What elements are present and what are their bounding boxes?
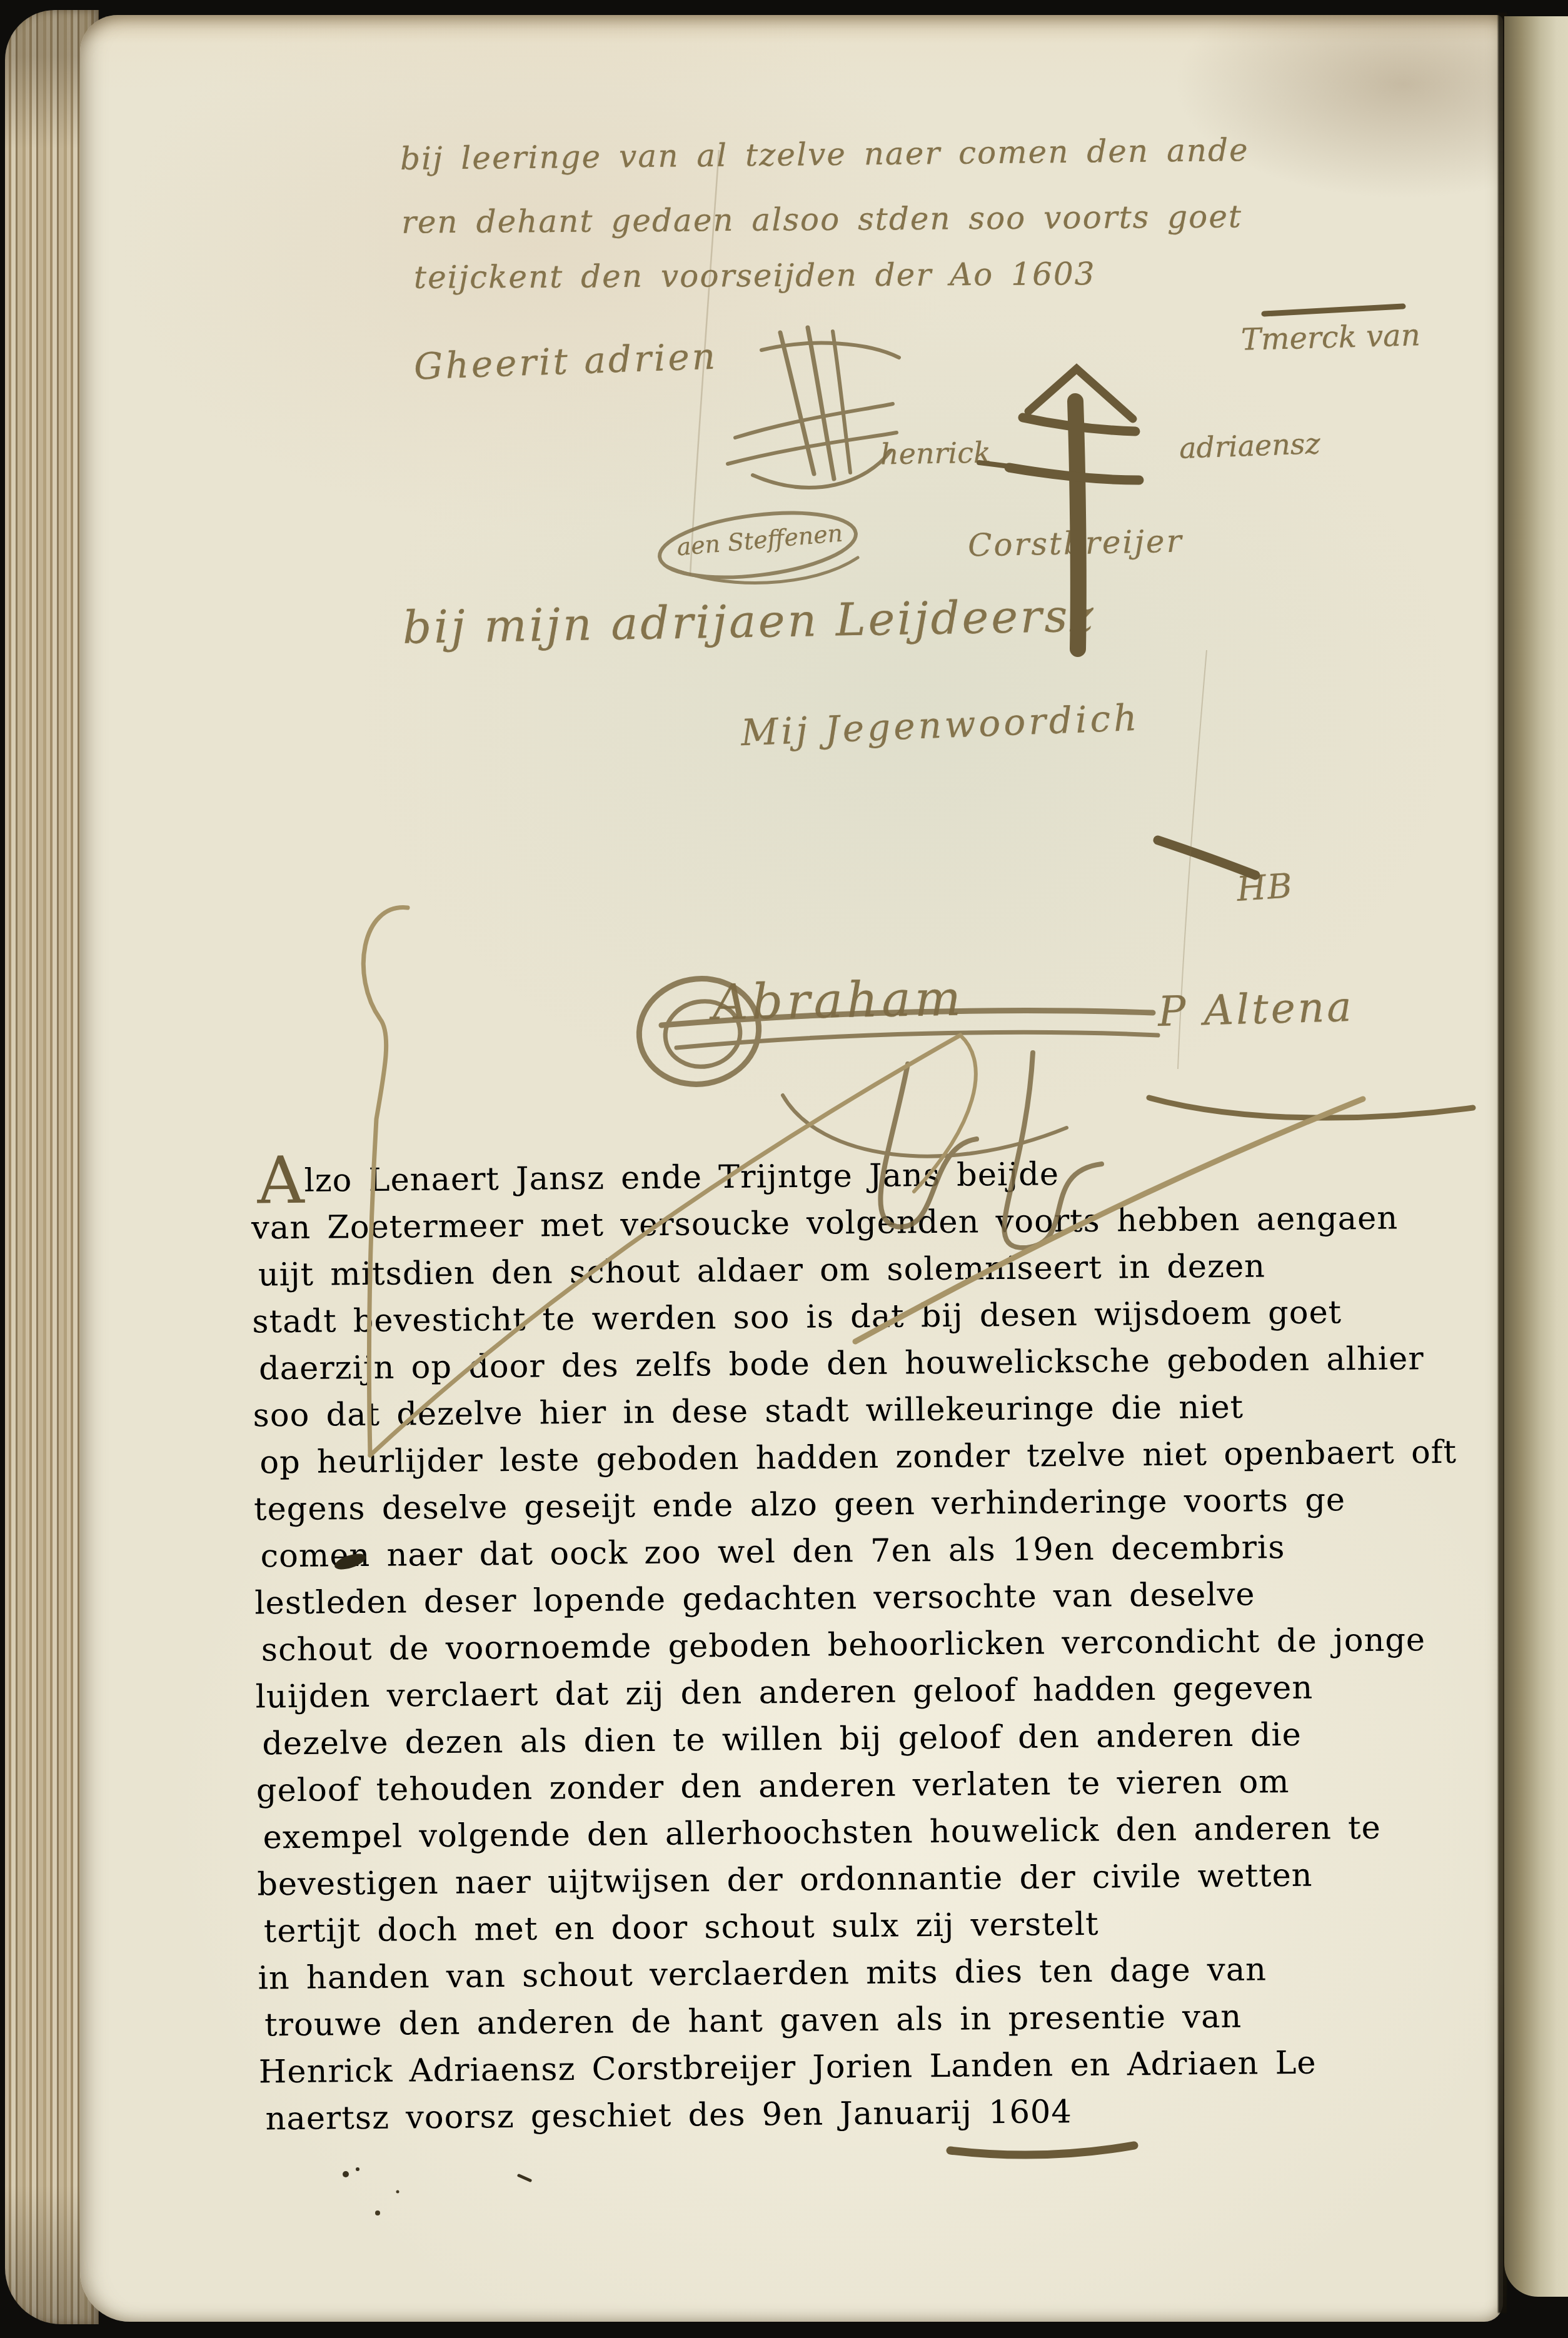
manuscript-scan: bij leeringe van al tzelve naer comen de… xyxy=(0,0,1568,2338)
signature-adriaensz: adriaensz xyxy=(1179,426,1320,465)
header-line-3: teijckent den voorseijden der Ao 1603 xyxy=(414,256,1096,296)
header-line-2: ren dehant gedaen alsoo stden soo voorts… xyxy=(401,198,1242,240)
main-entry-text: Alzo Lenaert Jansz ende Trijntge Jans be… xyxy=(251,1152,1485,2147)
decorated-initial: A xyxy=(257,1142,304,1219)
label-tmerck-van: Tmerck van xyxy=(1240,318,1420,357)
signature-henrick: henrick xyxy=(880,435,992,471)
monogram-hb: HB xyxy=(1235,866,1295,909)
signature-corstbreijer: Corstbreijer xyxy=(967,523,1184,563)
signature-abraham-struck: Abraham xyxy=(712,970,965,1031)
signature-p-altena: P Altena xyxy=(1157,983,1355,1036)
facing-page-edge xyxy=(1504,16,1568,2297)
